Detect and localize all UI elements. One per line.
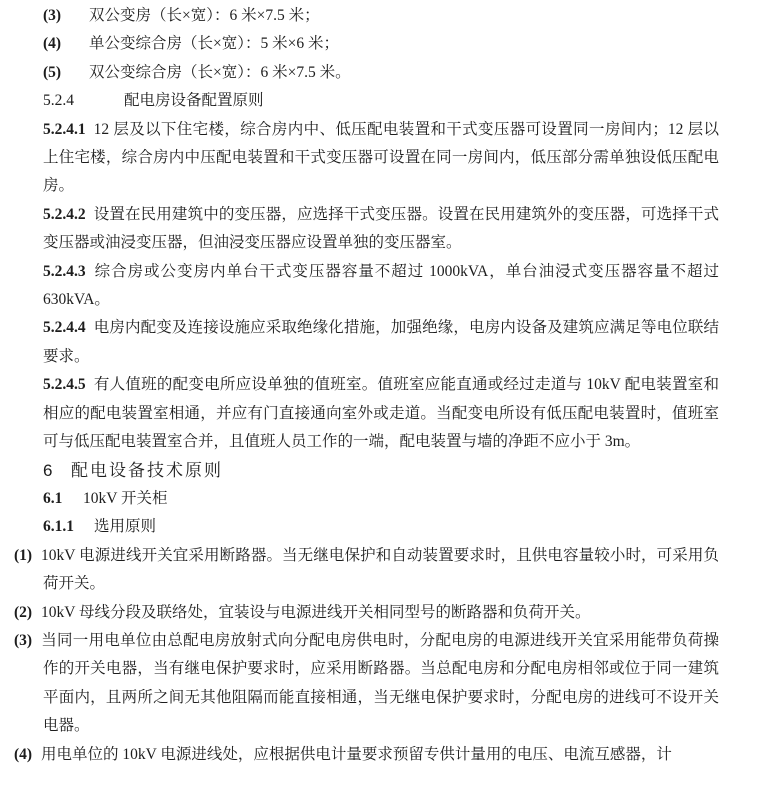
list-item-number: (5) — [43, 59, 89, 87]
list-item: (5)双公变综合房（长×宽）：6 米×7.5 米。 — [43, 59, 719, 87]
paragraph-5-2-4-2: 5.2.4.2设置在民用建筑中的变压器，应选择干式变压器。设置在民用建筑外的变压… — [43, 201, 719, 258]
list-item-number: (3) — [14, 627, 41, 655]
list-item: (1)10kV 电源进线开关宜采用断路器。当无继电保护和自动装置要求时，且供电容… — [43, 542, 719, 599]
paragraph-number: 5.2.4.1 — [43, 121, 94, 138]
section-title: 10kV 开关柜 — [83, 490, 168, 507]
list-item-text: 10kV 电源进线开关宜采用断路器。当无继电保护和自动装置要求时，且供电容量较小… — [41, 547, 719, 592]
section-number: 5.2.4 — [43, 87, 124, 115]
paragraph-number: 5.2.4.5 — [43, 376, 94, 393]
list-item: (4)单公变综合房（长×宽）：5 米×6 米； — [43, 30, 719, 58]
list-item: (4)用电单位的 10kV 电源进线处，应根据供电计量要求预留专供计量用的电压、… — [43, 741, 719, 769]
list-item-number: (4) — [43, 30, 89, 58]
list-item-number: (3) — [43, 2, 89, 30]
section-number: 6.1.1 — [43, 513, 94, 541]
chapter-title: 配电设备技术原则 — [71, 461, 223, 480]
section-title: 选用原则 — [94, 518, 156, 535]
list-item-text: 10kV 母线分段及联络处，宜装设与电源进线开关相同型号的断路器和负荷开关。 — [41, 604, 591, 621]
paragraph-text: 综合房或公变房内单台干式变压器容量不超过 1000kVA，单台油浸式变压器容量不… — [43, 263, 719, 308]
list-item-number: (4) — [14, 741, 41, 769]
list-item: (3)双公变房（长×宽）：6 米×7.5 米； — [43, 2, 719, 30]
document-page: (3)双公变房（长×宽）：6 米×7.5 米； (4)单公变综合房（长×宽）：5… — [0, 0, 760, 785]
list-item-text: 双公变综合房（长×宽）：6 米×7.5 米。 — [89, 64, 351, 81]
paragraph-5-2-4-4: 5.2.4.4电房内配变及连接设施应采取绝缘化措施，加强绝缘，电房内设备及建筑应… — [43, 314, 719, 371]
list-item-text: 单公变综合房（长×宽）：5 米×6 米； — [89, 35, 339, 52]
paragraph-5-2-4-5: 5.2.4.5有人值班的配变电所应设单独的值班室。值班室应能直通或经过走道与 1… — [43, 371, 719, 456]
section-title: 配电房设备配置原则 — [124, 92, 264, 109]
paragraph-text: 电房内配变及连接设施应采取绝缘化措施，加强绝缘，电房内设备及建筑应满足等电位联结… — [43, 319, 719, 364]
paragraph-5-2-4-1: 5.2.4.112 层及以下住宅楼，综合房内中、低压配电装置和干式变压器可设置同… — [43, 116, 719, 201]
list-item-text: 用电单位的 10kV 电源进线处，应根据供电计量要求预留专供计量用的电压、电流互… — [41, 746, 672, 763]
chapter-heading-6: 6配电设备技术原则 — [43, 457, 719, 485]
chapter-number: 6 — [43, 457, 71, 485]
section-heading-6-1: 6.110kV 开关柜 — [43, 485, 719, 513]
paragraph-5-2-4-3: 5.2.4.3综合房或公变房内单台干式变压器容量不超过 1000kVA，单台油浸… — [43, 258, 719, 315]
section-heading-6-1-1: 6.1.1选用原则 — [43, 513, 719, 541]
paragraph-text: 有人值班的配变电所应设单独的值班室。值班室应能直通或经过走道与 10kV 配电装… — [43, 376, 719, 450]
section-number: 6.1 — [43, 485, 83, 513]
paragraph-number: 5.2.4.2 — [43, 206, 94, 223]
paragraph-text: 设置在民用建筑中的变压器，应选择干式变压器。设置在民用建筑外的变压器，可选择干式… — [43, 206, 719, 251]
list-item-number: (1) — [14, 542, 41, 570]
paragraph-number: 5.2.4.4 — [43, 319, 94, 336]
list-item-text: 双公变房（长×宽）：6 米×7.5 米； — [89, 7, 320, 24]
section-heading-5-2-4: 5.2.4配电房设备配置原则 — [43, 87, 719, 115]
paragraph-number: 5.2.4.3 — [43, 263, 94, 280]
list-item: (3)当同一用电单位由总配电房放射式向分配电房供电时，分配电房的电源进线开关宜采… — [43, 627, 719, 741]
list-item-text: 当同一用电单位由总配电房放射式向分配电房供电时，分配电房的电源进线开关宜采用能带… — [41, 632, 719, 734]
list-item: (2)10kV 母线分段及联络处，宜装设与电源进线开关相同型号的断路器和负荷开关… — [43, 599, 719, 627]
list-item-number: (2) — [14, 599, 41, 627]
paragraph-text: 12 层及以下住宅楼，综合房内中、低压配电装置和干式变压器可设置同一房间内；12… — [43, 121, 719, 195]
